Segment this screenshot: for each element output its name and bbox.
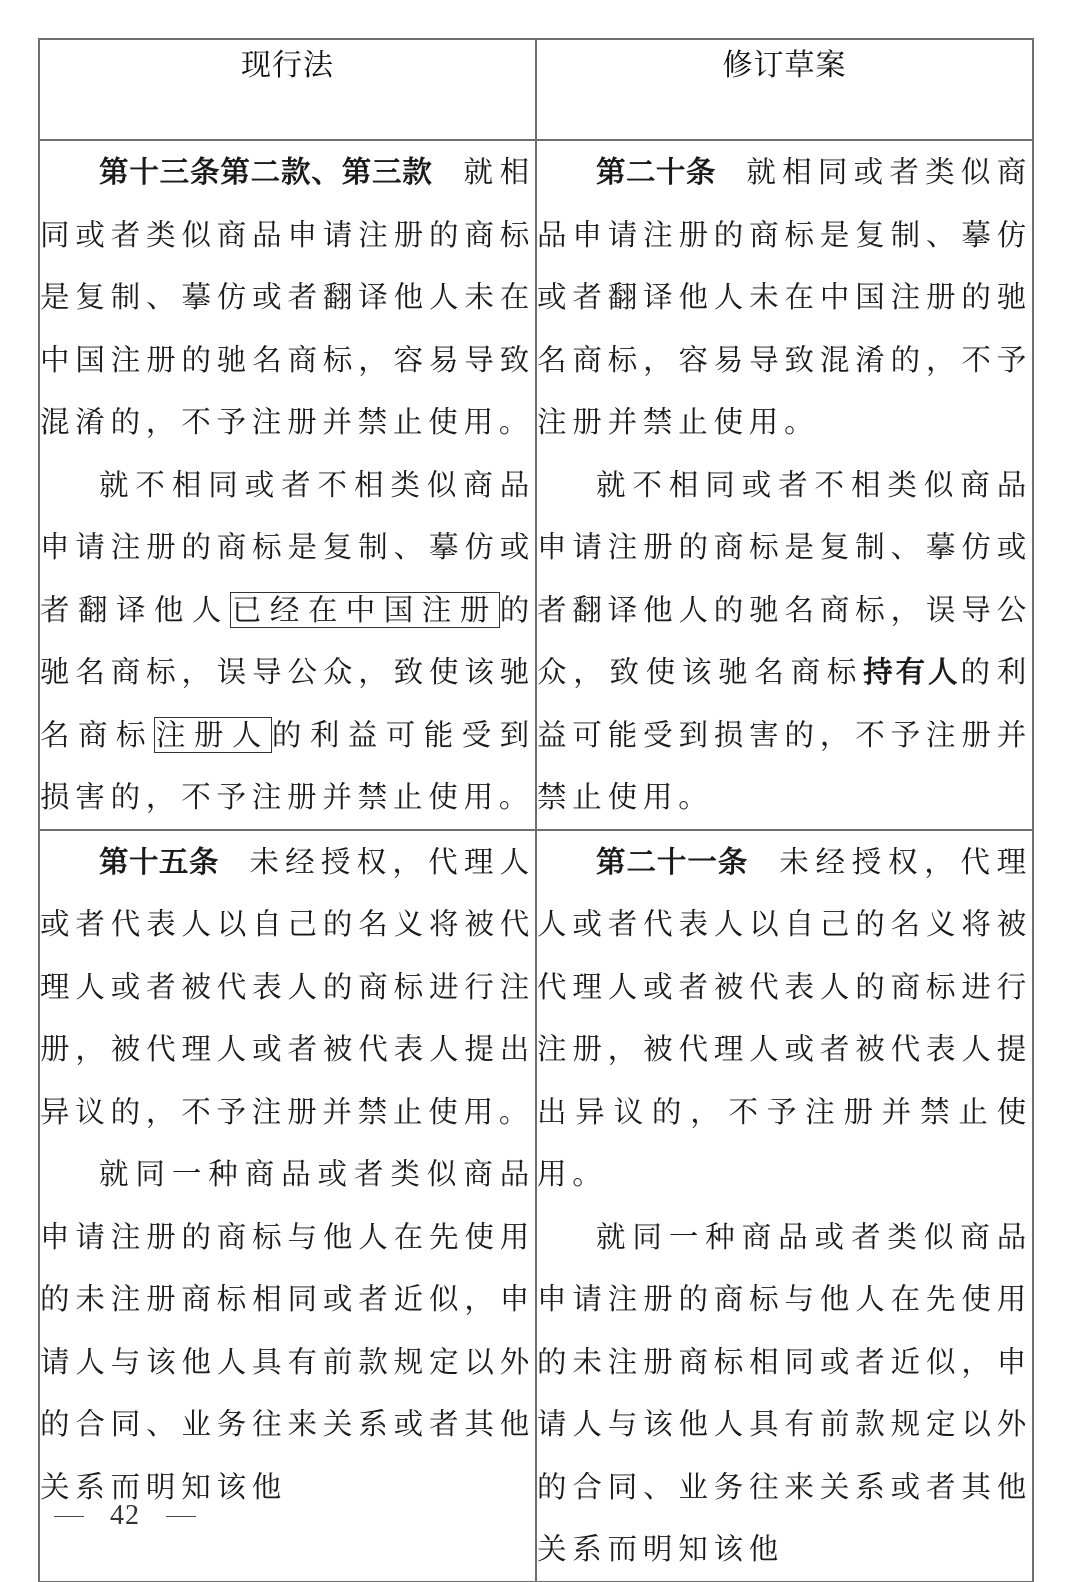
table-header-row: 现行法 修订草案: [39, 39, 1033, 140]
boxed-highlight-text: 已经在中国注册: [230, 592, 500, 628]
header-revised-draft: 修订草案: [536, 39, 1033, 140]
paragraph: 就同一种商品或者类似商品申请注册的商标与他人在先使用的未注册商标相同或者近似，申…: [537, 1206, 1032, 1581]
paragraph: 第二十一条未经授权，代理人或者代表人以自己的名义将被代理人或者被代表人的商标进行…: [537, 831, 1032, 1206]
paragraph-text: 就同一种商品或者类似商品申请注册的商标与他人在先使用的未注册商标相同或者近似，申…: [40, 1157, 535, 1504]
paragraph-text: 未经授权，代理人或者代表人以自己的名义将被代理人或者被代表人的商标进行注册，被代…: [40, 845, 535, 1129]
paragraph: 就同一种商品或者类似商品申请注册的商标与他人在先使用的未注册商标相同或者近似，申…: [40, 1143, 535, 1518]
revised-draft-cell: 第二十一条未经授权，代理人或者代表人以自己的名义将被代理人或者被代表人的商标进行…: [536, 830, 1033, 1582]
current-law-cell: 第十三条第二款、第三款就相同或者类似商品申请注册的商标是复制、摹仿或者翻译他人未…: [39, 140, 536, 830]
header-current-law: 现行法: [39, 39, 536, 140]
current-law-cell: 第十五条未经授权，代理人或者代表人以自己的名义将被代理人或者被代表人的商标进行注…: [39, 830, 536, 1582]
paragraph-text: 未经授权，代理人或者代表人以自己的名义将被代理人或者被代表人的商标进行注册，被代…: [537, 845, 1032, 1192]
bold-changed-text: 持有人: [863, 655, 960, 689]
law-comparison-table: 现行法 修订草案 第十三条第二款、第三款就相同或者类似商品申请注册的商标是复制、…: [38, 38, 1034, 1582]
boxed-highlight-text: 注册人: [154, 717, 272, 753]
revised-draft-cell: 第二十条就相同或者类似商品申请注册的商标是复制、摹仿或者翻译他人未在中国注册的驰…: [536, 140, 1033, 830]
paragraph: 第十五条未经授权，代理人或者代表人以自己的名义将被代理人或者被代表人的商标进行注…: [40, 831, 535, 1144]
page-number: 42: [110, 1500, 140, 1532]
paragraph-text: 就同一种商品或者类似商品申请注册的商标与他人在先使用的未注册商标相同或者近似，申…: [537, 1220, 1032, 1567]
table-row: 第十三条第二款、第三款就相同或者类似商品申请注册的商标是复制、摹仿或者翻译他人未…: [39, 140, 1033, 830]
article-number: 第十五条: [99, 845, 219, 879]
footer-dash-right: [166, 1516, 196, 1517]
paragraph: 第十三条第二款、第三款就相同或者类似商品申请注册的商标是复制、摹仿或者翻译他人未…: [40, 141, 535, 454]
paragraph-text: 就相同或者类似商品申请注册的商标是复制、摹仿或者翻译他人未在中国注册的驰名商标，…: [40, 155, 535, 439]
paragraph: 第二十条就相同或者类似商品申请注册的商标是复制、摹仿或者翻译他人未在中国注册的驰…: [537, 141, 1032, 454]
document-page: 现行法 修订草案 第十三条第二款、第三款就相同或者类似商品申请注册的商标是复制、…: [0, 0, 1080, 1582]
paragraph: 就不相同或者不相类似商品申请注册的商标是复制、摹仿或者翻译他人的驰名商标，误导公…: [537, 454, 1032, 829]
article-number: 第十三条第二款、第三款: [99, 155, 433, 189]
table-row: 第十五条未经授权，代理人或者代表人以自己的名义将被代理人或者被代表人的商标进行注…: [39, 830, 1033, 1582]
article-number: 第二十一条: [596, 845, 748, 879]
page-footer: 42: [54, 1500, 196, 1532]
article-number: 第二十条: [596, 155, 716, 189]
paragraph: 就不相同或者不相类似商品申请注册的商标是复制、摹仿或者翻译他人已经在中国注册的驰…: [40, 454, 535, 829]
footer-dash-left: [54, 1516, 84, 1517]
paragraph-text: 就相同或者类似商品申请注册的商标是复制、摹仿或者翻译他人未在中国注册的驰名商标，…: [537, 155, 1032, 439]
